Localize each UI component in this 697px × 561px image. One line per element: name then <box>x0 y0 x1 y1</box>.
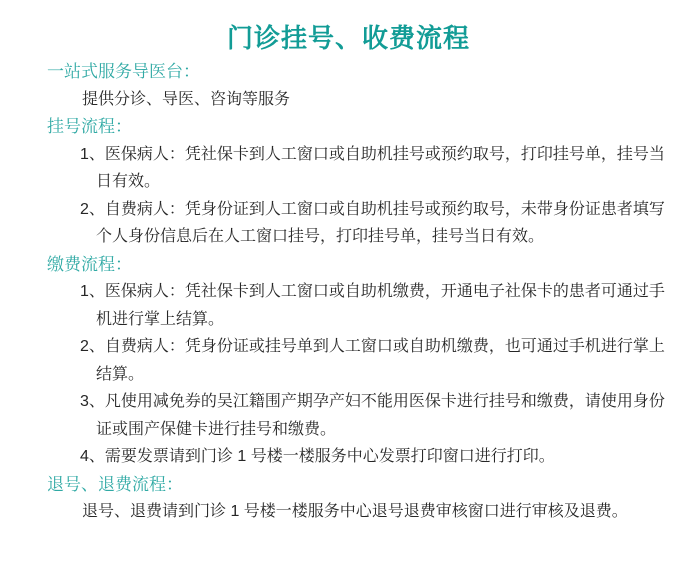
item-number: 2、 <box>80 201 105 218</box>
item-text: 凡使用减免券的吴江籍围产期孕产妇不能用医保卡进行挂号和缴费，请使用身份 证或围产… <box>96 393 665 438</box>
document-page: 门诊挂号、收费流程 一站式服务导医台： 提供分诊、导医、咨询等服务 挂号流程： … <box>0 0 697 561</box>
item-number: 1、 <box>80 283 105 300</box>
list-item: 1、医保病人：凭社保卡到人工窗口或自助机缴费，开通电子社保卡的患者可通过手 机进… <box>96 278 689 333</box>
list-item: 4、需要发票请到门诊 1 号楼一楼服务中心发票打印窗口进行打印。 <box>96 443 689 471</box>
item-text: 医保病人：凭社保卡到人工窗口或自助机缴费，开通电子社保卡的患者可通过手 机进行掌… <box>96 283 665 328</box>
section-heading: 挂号流程： <box>47 113 697 141</box>
item-number: 4、 <box>80 448 105 465</box>
list-item: 2、自费病人：凭身份证到人工窗口或自助机挂号或预约取号，未带身份证患者填写 个人… <box>96 196 689 251</box>
item-text: 自费病人：凭身份证或挂号单到人工窗口或自助机缴费，也可通过手机进行掌上 结算。 <box>96 338 665 383</box>
section-heading: 缴费流程： <box>47 251 697 279</box>
item-text: 自费病人：凭身份证到人工窗口或自助机挂号或预约取号，未带身份证患者填写 个人身份… <box>96 201 665 246</box>
section-payment-process: 缴费流程： 1、医保病人：凭社保卡到人工窗口或自助机缴费，开通电子社保卡的患者可… <box>0 251 697 471</box>
item-number: 2、 <box>80 338 105 355</box>
item-number: 3、 <box>80 393 105 410</box>
page-title: 门诊挂号、收费流程 <box>0 0 697 54</box>
section-guide-desk: 一站式服务导医台： 提供分诊、导医、咨询等服务 <box>0 58 697 113</box>
paragraph: 退号、退费请到门诊 1 号楼一楼服务中心退号退费审核窗口进行审核及退费。 <box>82 498 687 526</box>
list-item: 1、医保病人：凭社保卡到人工窗口或自助机挂号或预约取号，打印挂号单，挂号当 日有… <box>96 141 689 196</box>
section-heading: 一站式服务导医台： <box>47 58 697 86</box>
section-refund-process: 退号、退费流程： 退号、退费请到门诊 1 号楼一楼服务中心退号退费审核窗口进行审… <box>0 471 697 526</box>
section-heading: 退号、退费流程： <box>47 471 697 499</box>
item-text: 需要发票请到门诊 1 号楼一楼服务中心发票打印窗口进行打印。 <box>105 448 555 465</box>
document-content: 一站式服务导医台： 提供分诊、导医、咨询等服务 挂号流程： 1、医保病人：凭社保… <box>0 58 697 526</box>
list-item: 2、自费病人：凭身份证或挂号单到人工窗口或自助机缴费，也可通过手机进行掌上 结算… <box>96 333 689 388</box>
item-number: 1、 <box>80 146 105 163</box>
item-text: 医保病人：凭社保卡到人工窗口或自助机挂号或预约取号，打印挂号单，挂号当 日有效。 <box>96 146 665 191</box>
list-item: 3、凡使用减免券的吴江籍围产期孕产妇不能用医保卡进行挂号和缴费，请使用身份 证或… <box>96 388 689 443</box>
section-registration-process: 挂号流程： 1、医保病人：凭社保卡到人工窗口或自助机挂号或预约取号，打印挂号单，… <box>0 113 697 251</box>
paragraph: 提供分诊、导医、咨询等服务 <box>82 86 687 114</box>
